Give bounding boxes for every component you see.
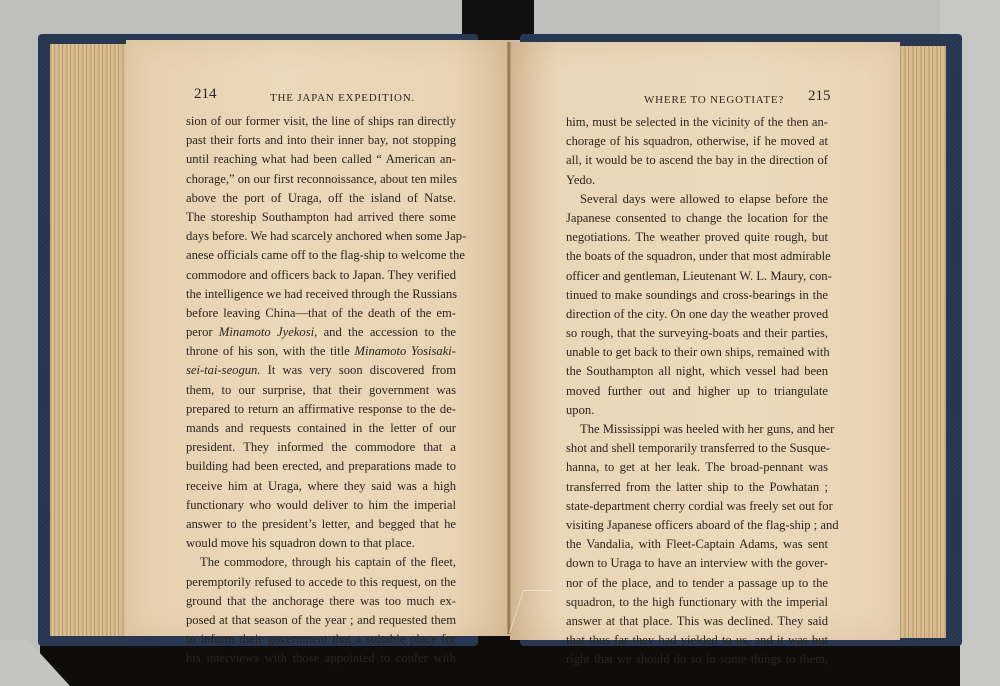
text-line: sei-tai-seogun. It was very soon discove… <box>186 361 456 380</box>
text-line: past their forts and into their inner ba… <box>186 131 456 150</box>
text-line: all, it would be to ascend the bay in th… <box>566 151 828 170</box>
text-line: answer to the president’s letter, and be… <box>186 515 456 534</box>
text-line: squadron, to the high functionary with t… <box>566 593 828 612</box>
text-line: receive him at Uraga, where they said wa… <box>186 477 456 496</box>
text-line: him, must be selected in the vicinity of… <box>566 113 828 132</box>
text-line: sion of our former visit, the line of sh… <box>186 112 456 131</box>
right-page-number: 215 <box>808 88 831 105</box>
text-line: the boats of the squadron, under that mo… <box>566 247 828 266</box>
page-edges-right <box>896 46 946 638</box>
text-line: tinued to make soundings and cross-beari… <box>566 286 828 305</box>
text-line: so rough, that the surveying-boats and t… <box>566 324 828 343</box>
text-line: his interviews with those appointed to c… <box>186 649 456 668</box>
text-line: peremptorily refused to accede to this r… <box>186 573 456 592</box>
book-gutter <box>507 42 511 634</box>
text-line: answer at that place. This was declined.… <box>566 612 828 631</box>
text-line: anese officials came off to the flag-shi… <box>186 246 456 265</box>
text-line: moved further out and higher up to trian… <box>566 382 828 401</box>
text-line: chorage of his squadron, otherwise, if h… <box>566 132 828 151</box>
text-line: state-department cherry cordial was free… <box>566 497 828 516</box>
text-line: them, to our surprise, that their govern… <box>186 381 456 400</box>
text-line: mands and requests contained in the lett… <box>186 419 456 438</box>
text-line: The Mississippi was heeled with her guns… <box>566 420 828 439</box>
text-line: down to Uraga to have an interview with … <box>566 554 828 573</box>
text-line: direction of the city. On one day the we… <box>566 305 828 324</box>
text-line: prepared to return an affirmative respon… <box>186 400 456 419</box>
text-line: throne of his son, with the title Minamo… <box>186 342 456 361</box>
text-line: before leaving China—that of the death o… <box>186 304 456 323</box>
text-line: nor of the place, and to tender a passag… <box>566 574 828 593</box>
page-edges-left <box>50 44 130 636</box>
text-line: until reaching what had been called “ Am… <box>186 150 456 169</box>
text-line: visiting Japanese officers aboard of the… <box>566 516 828 535</box>
left-running-head: THE JAPAN EXPEDITION. <box>270 92 415 104</box>
text-line: would move his squadron down to that pla… <box>186 534 456 553</box>
text-line: to inform their government that a suitab… <box>186 630 456 649</box>
text-line: above the port of Uraga, off the island … <box>186 189 456 208</box>
right-running-head: WHERE TO NEGOTIATE? <box>644 94 784 106</box>
text-line: the Southampton all night, which vessel … <box>566 362 828 381</box>
text-line: president. They informed the commodore t… <box>186 438 456 457</box>
text-line: peror Minamoto Jyekosi, and the accessio… <box>186 323 456 342</box>
text-line: commodore and officers back to Japan. Th… <box>186 266 456 285</box>
text-line: that thus far they had yielded to us, an… <box>566 631 828 650</box>
left-page-body: sion of our former visit, the line of sh… <box>186 112 456 668</box>
text-line: upon. <box>566 401 828 420</box>
text-line: The commodore, through his captain of th… <box>186 553 456 572</box>
text-line: hanna, to get at her leak. The broad-pen… <box>566 458 828 477</box>
text-line: the Vandalia, with Fleet-Captain Adams, … <box>566 535 828 554</box>
text-line: shot and shell temporarily transferred t… <box>566 439 828 458</box>
text-line: building had been erected, and preparati… <box>186 457 456 476</box>
text-line: Japanese consented to change the locatio… <box>566 209 828 228</box>
text-line: Several days were allowed to elapse befo… <box>566 190 828 209</box>
text-line: officer and gentleman, Lieutenant W. L. … <box>566 267 828 286</box>
text-line: right that we should do so in some thing… <box>566 650 828 669</box>
text-line: posed at that season of the year ; and r… <box>186 611 456 630</box>
text-line: the intelligence we had received through… <box>186 285 456 304</box>
text-line: negotiations. The weather proved quite r… <box>566 228 828 247</box>
left-page-number: 214 <box>194 86 217 103</box>
text-line: days before. We had scarcely anchored wh… <box>186 227 456 246</box>
text-line: unable to get back to their own ships, r… <box>566 343 828 362</box>
text-line: transferred from the latter ship to the … <box>566 478 828 497</box>
text-line: Yedo. <box>566 171 828 190</box>
text-line: functionary who would deliver to him the… <box>186 496 456 515</box>
text-line: The storeship Southampton had arrived th… <box>186 208 456 227</box>
right-page-body: him, must be selected in the vicinity of… <box>566 113 828 669</box>
text-line: ground that the anchorage there was too … <box>186 592 456 611</box>
text-line: chorage,” on our first reconnoissance, a… <box>186 170 456 189</box>
